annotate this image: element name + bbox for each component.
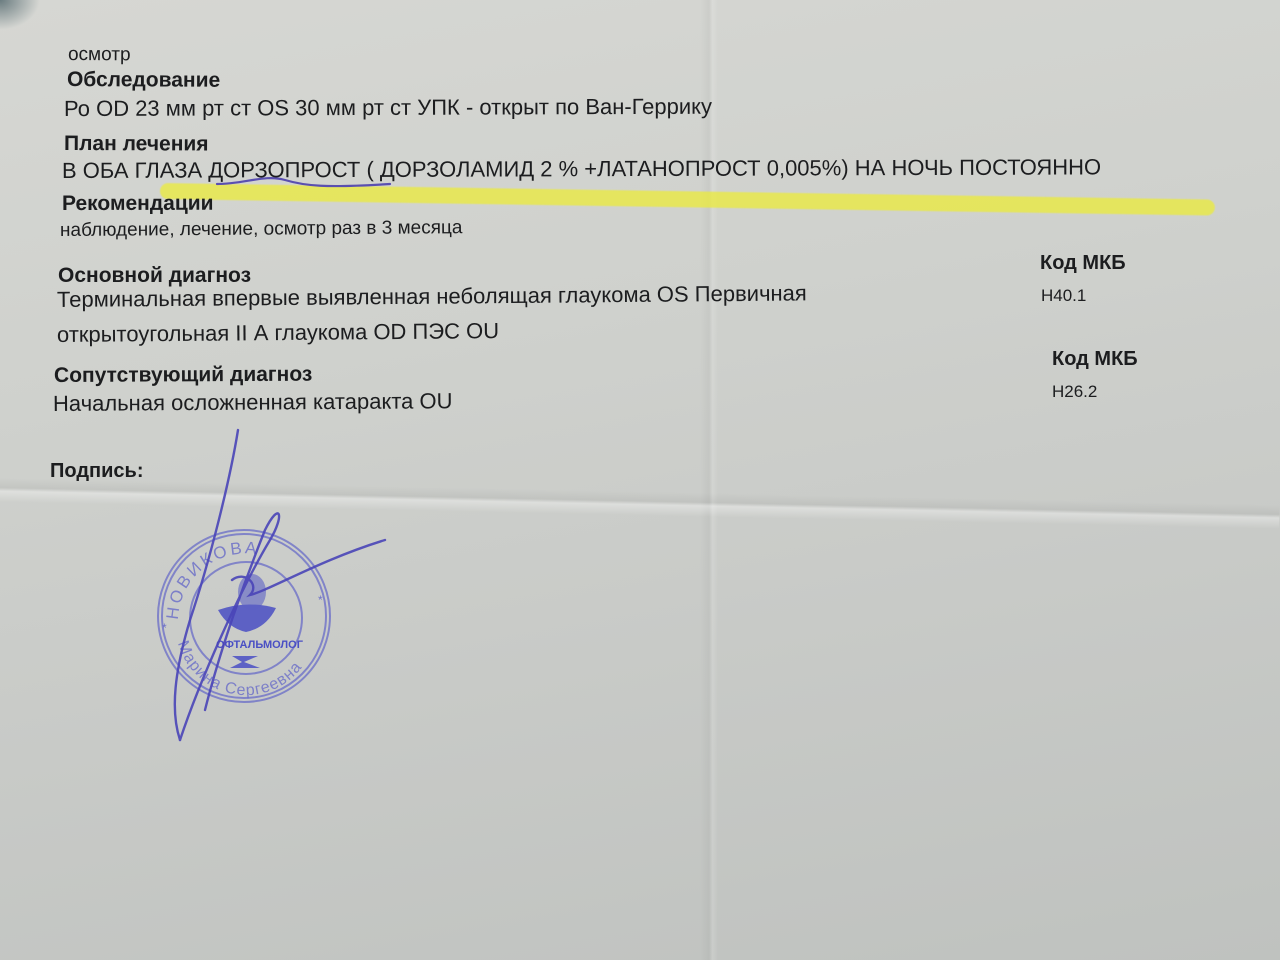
secondary-diagnosis-heading: Сопутствующий диагноз	[54, 363, 312, 388]
secondary-diagnosis-code-label: Код МКБ	[1052, 348, 1138, 371]
signature-label: Подпись:	[50, 460, 143, 483]
background-shadow	[0, 0, 40, 30]
main-diagnosis-line1: Терминальная впервые выявленная неболяща…	[57, 280, 807, 313]
secondary-diagnosis-text: Начальная осложненная катаракта OU	[53, 388, 453, 417]
main-diagnosis-code: H40.1	[1041, 286, 1086, 306]
main-diagnosis-heading: Основной диагноз	[58, 264, 251, 288]
secondary-diagnosis-code: H26.2	[1052, 382, 1097, 402]
recommendations-heading: Рекомендации	[62, 192, 214, 216]
examination-heading: Обследование	[67, 68, 220, 93]
examination-text: Ро OD 23 мм рт ст OS 30 мм рт ст УПК - о…	[64, 94, 712, 122]
treatment-plan-text: В ОБА ГЛАЗА ДОРЗОПРОСТ ( ДОРЗОЛАМИД 2 % …	[62, 154, 1101, 184]
paper-fold-vertical	[700, 0, 718, 960]
exam-label: осмотр	[68, 44, 131, 66]
main-diagnosis-code-label: Код МКБ	[1040, 252, 1126, 275]
main-diagnosis-line2: открытоугольная II А глаукома OD ПЭС OU	[57, 318, 499, 348]
treatment-plan-heading: План лечения	[64, 132, 209, 157]
recommendations-text: наблюдение, лечение, осмотр раз в 3 меся…	[60, 217, 463, 242]
document-page: осмотр Обследование Ро OD 23 мм рт ст OS…	[0, 0, 1280, 960]
handwritten-signature	[150, 420, 390, 750]
